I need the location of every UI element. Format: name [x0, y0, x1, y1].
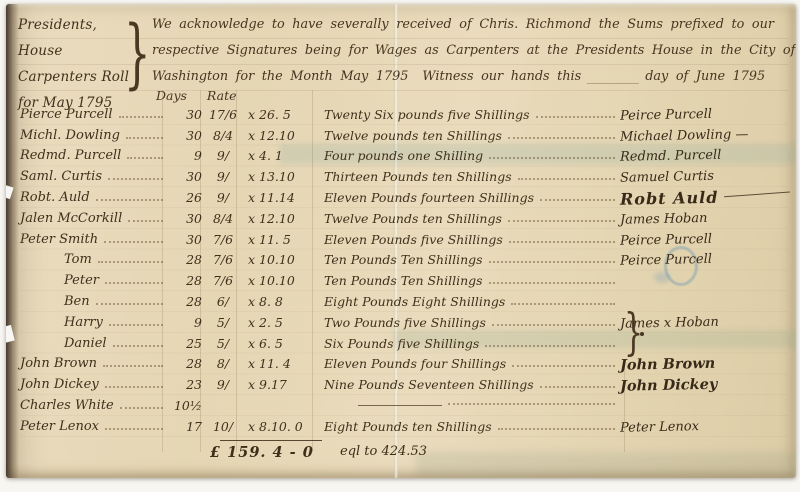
column-header-days-rate: Days Rate — [156, 88, 237, 103]
amount-in-words: Ten Pounds Ten Shillings — [324, 252, 483, 267]
amount-in-words: Nine Pounds Seventeen Shillings — [324, 377, 534, 392]
amount-pounds: x 10.10 — [244, 273, 324, 288]
worker-name-cell: Charles White — [20, 398, 168, 413]
daily-rate: 9/ — [202, 377, 244, 392]
days-worked: 30 — [168, 232, 202, 247]
dot-leader — [120, 407, 163, 409]
daily-rate: 8/ — [202, 356, 244, 371]
dot-leader — [518, 178, 615, 180]
amount-words-cell: Thirteen Pounds ten Shillings — [324, 169, 620, 184]
worker-name-cell: Jalen McCorkill — [20, 211, 168, 226]
acknowledgement-text: We acknowledge to have severally receive… — [152, 12, 792, 90]
days-worked: 10½ — [168, 398, 202, 413]
dot-leader — [96, 303, 163, 305]
dot-leader — [492, 324, 615, 326]
worker-name: John Dickey — [20, 377, 99, 392]
dot-leader — [511, 303, 615, 305]
amount-in-words: Four pounds one Shilling — [324, 148, 483, 163]
worker-name: Peter — [64, 273, 99, 288]
daily-rate: 9/ — [202, 169, 244, 184]
worker-name: Peter Lenox — [20, 419, 99, 434]
table-row: Daniel 25 5/ x 6. 5 Six Pounds five Shil… — [20, 333, 788, 354]
preamble-place-date: Washington for the Month May 1795 — [152, 64, 408, 90]
preamble-line-2: respective Signatures being for Wages as… — [152, 38, 792, 64]
table-row: John Brown 28 8/ x 11. 4 Eleven Pounds f… — [20, 354, 788, 375]
dot-leader — [105, 428, 163, 430]
amount-in-words: Eight Pounds Eight Shillings — [324, 294, 505, 309]
amount-words-cell: Eight Pounds Eight Shillings — [324, 294, 620, 309]
amount-words-cell: Ten Pounds Ten Shillings — [324, 273, 620, 288]
amount-words-cell: Eleven Pounds four Shillings — [324, 356, 620, 371]
amount-in-words: Six Pounds five Shillings — [324, 336, 479, 351]
signature — [620, 404, 788, 408]
amount-words-cell: Eight Pounds ten Shillings — [324, 419, 620, 434]
worker-name-cell: Daniel — [20, 336, 168, 351]
worker-name-cell: Redmd. Purcell — [20, 148, 168, 163]
payroll-rows: Pierce Purcell 30 17/6 x 26. 5 Twenty Si… — [20, 104, 788, 437]
worker-name: Jalen McCorkill — [20, 211, 122, 226]
amount-in-words: Eleven Pounds five Shillings — [324, 232, 503, 247]
dot-leader — [105, 386, 163, 388]
table-row: Robt. Auld 26 9/ x 11.14 Eleven Pounds f… — [20, 187, 788, 208]
table-row: Charles White 10½ — [20, 395, 788, 416]
table-row: Michl. Dowling 30 8/4 x 12.10 Twelve pou… — [20, 125, 788, 146]
daily-rate: 7/6 — [202, 273, 244, 288]
dot-leader — [448, 403, 615, 405]
signature: Peirce Purcell — [620, 105, 788, 124]
days-worked: 9 — [168, 315, 202, 330]
amount-words-cell: Eleven Pounds five Shillings — [324, 232, 620, 247]
amount-in-words: Ten Pounds Ten Shillings — [324, 273, 483, 288]
daily-rate: 8/4 — [202, 128, 244, 143]
amount-in-words: Two Pounds five Shillings — [324, 315, 486, 330]
amount-pounds: x 11. 4 — [244, 356, 324, 371]
amount-pounds: x 4. 1 — [244, 148, 324, 163]
dot-leader — [108, 178, 163, 180]
amount-in-words: Twelve pounds ten Shillings — [324, 128, 502, 143]
amount-pounds: x 8.10. 0 — [244, 419, 324, 434]
worker-name-cell: Saml. Curtis — [20, 169, 168, 184]
signature: Peirce Purcell — [620, 251, 788, 270]
dot-leader — [536, 116, 615, 118]
witness-date: day of June 1795 — [645, 64, 765, 90]
dot-leader — [119, 116, 163, 118]
amount-pounds: x 11.14 — [244, 190, 324, 205]
worker-name: Saml. Curtis — [20, 169, 102, 184]
days-worked: 23 — [168, 377, 202, 392]
dot-leader — [113, 345, 163, 347]
worker-name: Pierce Purcell — [20, 107, 113, 122]
worker-name-cell: Ben — [20, 294, 168, 309]
worker-name: Harry — [64, 315, 103, 330]
daily-rate: 7/6 — [202, 232, 244, 247]
daily-rate: 5/ — [202, 336, 244, 351]
worker-name: Ben — [64, 294, 90, 309]
dot-leader — [508, 220, 615, 222]
dot-leader — [103, 365, 163, 367]
days-worked: 28 — [168, 273, 202, 288]
dot-leader — [126, 137, 163, 139]
amount-pounds: x 8. 8 — [244, 294, 324, 309]
amount-in-words: Eight Pounds ten Shillings — [324, 419, 492, 434]
dot-leader — [540, 199, 615, 201]
dot-leader — [485, 345, 615, 347]
amount-in-words: Twenty Six pounds five Shillings — [324, 107, 530, 122]
dot-leader — [104, 241, 163, 243]
daily-rate: 9/ — [202, 190, 244, 205]
amount-words-cell — [324, 403, 620, 409]
days-worked: 28 — [168, 294, 202, 309]
dot-leader — [127, 157, 163, 159]
worker-name-cell: John Dickey — [20, 377, 168, 392]
days-worked: 9 — [168, 148, 202, 163]
days-worked: 17 — [168, 419, 202, 434]
dot-leader — [489, 157, 615, 159]
signature — [620, 279, 788, 283]
table-row: Ben 28 6/ x 8. 8 Eight Pounds Eight Shil… — [20, 291, 788, 312]
days-worked: 25 — [168, 336, 202, 351]
worker-name: John Brown — [20, 356, 97, 371]
amount-words-cell: Four pounds one Shilling — [324, 148, 620, 163]
worker-name-cell: John Brown — [20, 356, 168, 371]
dot-leader — [498, 428, 615, 430]
dot-leader — [512, 365, 615, 367]
worker-name: Daniel — [64, 336, 107, 351]
worker-name-cell: Peter — [20, 273, 168, 288]
amount-words-cell: Twelve Pounds ten Shillings — [324, 211, 620, 226]
worker-name-cell: Peter Lenox — [20, 419, 168, 434]
worker-name-cell: Tom — [20, 252, 168, 267]
worker-name: Redmd. Purcell — [20, 148, 121, 163]
table-row: Saml. Curtis 30 9/ x 13.10 Thirteen Poun… — [20, 166, 788, 187]
dot-leader — [105, 282, 163, 284]
table-row: Jalen McCorkill 30 8/4 x 12.10 Twelve Po… — [20, 208, 788, 229]
total-dollars-equivalent: eql to 424.53 — [340, 444, 427, 459]
days-worked: 30 — [168, 169, 202, 184]
title-brace: } — [124, 6, 151, 100]
signature: Peirce Purcell — [620, 230, 788, 249]
signature: Samuel Curtis — [620, 168, 788, 187]
days-worked: 30 — [168, 211, 202, 226]
amount-words-cell: Ten Pounds Ten Shillings — [324, 252, 620, 267]
preamble-line-3: Washington for the Month May 1795 Witnes… — [152, 64, 792, 90]
ink-blot — [640, 332, 644, 336]
worker-name-cell: Robt. Auld — [20, 190, 168, 205]
dot-leader — [98, 261, 163, 263]
dot-leader — [109, 324, 163, 326]
table-row: Tom 28 7/6 x 10.10 Ten Pounds Ten Shilli… — [20, 250, 788, 271]
worker-name: Charles White — [20, 398, 114, 413]
blank-dash — [358, 405, 442, 406]
daily-rate: 6/ — [202, 294, 244, 309]
roll-title-line: Presidents, House — [18, 12, 136, 64]
daily-rate: 7/6 — [202, 252, 244, 267]
manuscript-paper: Presidents, House Carpenters Roll for Ma… — [6, 4, 796, 478]
table-row: Redmd. Purcell 9 9/ x 4. 1 Four pounds o… — [20, 146, 788, 167]
amount-pounds: x 12.10 — [244, 211, 324, 226]
worker-name-cell: Peter Smith — [20, 232, 168, 247]
days-worked: 28 — [168, 252, 202, 267]
amount-in-words: Twelve Pounds ten Shillings — [324, 211, 502, 226]
table-row: Peter Lenox 17 10/ x 8.10. 0 Eight Pound… — [20, 416, 788, 437]
daily-rate: 9/ — [202, 148, 244, 163]
blank-day-space — [587, 83, 639, 84]
signature: Peter Lenox — [620, 417, 788, 436]
worker-name: Robt. Auld — [20, 190, 90, 205]
amount-pounds: x 26. 5 — [244, 107, 324, 122]
totals-row: £ 159. 4 - 0 eql to 424.53 — [6, 444, 796, 466]
dot-leader — [96, 199, 163, 201]
signature — [620, 341, 788, 345]
signature: Michael Dowling — — [620, 126, 788, 145]
witness-clause: Witness our hands this — [422, 64, 581, 90]
amount-pounds: x 6. 5 — [244, 336, 324, 351]
table-row: Harry 9 5/ x 2. 5 Two Pounds five Shilli… — [20, 312, 788, 333]
amount-pounds: x 2. 5 — [244, 315, 324, 330]
roll-title: Presidents, House Carpenters Roll for Ma… — [18, 12, 136, 116]
sum-rule-line — [220, 440, 322, 441]
scanned-document: Presidents, House Carpenters Roll for Ma… — [0, 0, 800, 492]
amount-words-cell: Six Pounds five Shillings — [324, 336, 620, 351]
signature — [620, 300, 788, 304]
dot-leader — [540, 386, 615, 388]
amount-words-cell: Nine Pounds Seventeen Shillings — [324, 377, 620, 392]
amount-pounds: x 12.10 — [244, 128, 324, 143]
daily-rate: 8/4 — [202, 211, 244, 226]
amount-words-cell: Two Pounds five Shillings — [324, 315, 620, 330]
worker-name: Tom — [64, 252, 92, 267]
preamble-line-1: We acknowledge to have severally receive… — [152, 12, 792, 38]
dot-leader — [508, 137, 615, 139]
amount-in-words: Eleven Pounds fourteen Shillings — [324, 190, 534, 205]
signature: John Dickey — [620, 374, 788, 395]
days-worked: 28 — [168, 356, 202, 371]
amount-pounds: x 9.17 — [244, 377, 324, 392]
worker-name: Michl. Dowling — [20, 128, 120, 143]
daily-rate: 10/ — [202, 419, 244, 434]
total-pounds: £ 159. 4 - 0 — [210, 444, 314, 461]
amount-pounds: x 13.10 — [244, 169, 324, 184]
worker-name-cell: Michl. Dowling — [20, 128, 168, 143]
worker-name: Peter Smith — [20, 232, 98, 247]
amount-in-words: Eleven Pounds four Shillings — [324, 356, 506, 371]
table-row: Peter 28 7/6 x 10.10 Ten Pounds Ten Shil… — [20, 270, 788, 291]
roll-title-line: Carpenters Roll — [18, 64, 136, 90]
days-worked: 30 — [168, 128, 202, 143]
amount-pounds: x 10.10 — [244, 252, 324, 267]
dot-leader — [489, 261, 615, 263]
table-row: Peter Smith 30 7/6 x 11. 5 Eleven Pounds… — [20, 229, 788, 250]
dot-leader — [509, 241, 615, 243]
amount-pounds: x 11. 5 — [244, 232, 324, 247]
signature: Robt Auld — [620, 186, 788, 209]
signature: Redmd. Purcell — [620, 147, 788, 166]
signature: John Brown — [620, 354, 788, 375]
dot-leader — [489, 282, 615, 284]
daily-rate: 5/ — [202, 315, 244, 330]
worker-name-cell: Pierce Purcell — [20, 107, 168, 122]
signature: James x Hoban — [620, 313, 788, 332]
amount-words-cell: Eleven Pounds fourteen Shillings — [324, 190, 620, 205]
dot-leader — [128, 220, 163, 222]
daily-rate: 17/6 — [202, 107, 244, 122]
amount-words-cell: Twelve pounds ten Shillings — [324, 128, 620, 143]
table-row: John Dickey 23 9/ x 9.17 Nine Pounds Sev… — [20, 374, 788, 395]
days-worked: 30 — [168, 107, 202, 122]
amount-in-words: Thirteen Pounds ten Shillings — [324, 169, 512, 184]
amount-words-cell: Twenty Six pounds five Shillings — [324, 107, 620, 122]
days-worked: 26 — [168, 190, 202, 205]
signature: James Hoban — [620, 209, 788, 228]
worker-name-cell: Harry — [20, 315, 168, 330]
table-row: Pierce Purcell 30 17/6 x 26. 5 Twenty Si… — [20, 104, 788, 125]
